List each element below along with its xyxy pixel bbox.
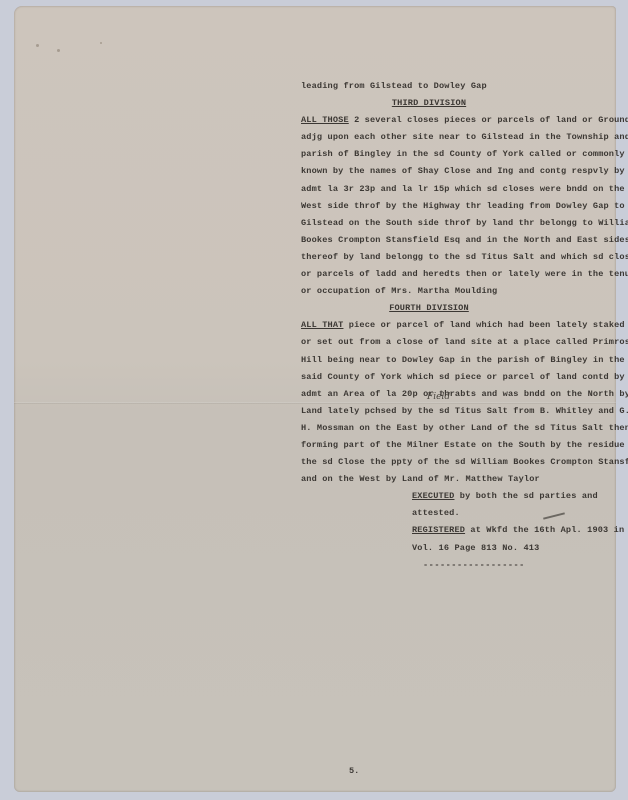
text-line: or parcels of ladd and heredts then or l… <box>301 266 621 283</box>
text-line: ALL THOSE 2 several closes pieces or par… <box>301 112 621 129</box>
paper-spot <box>100 42 102 44</box>
line-text: piece or parcel of land which had been l… <box>343 320 624 330</box>
document-body: leading from Gilstead to Dowley Gap THIR… <box>301 78 621 574</box>
handwritten-insertion: Field <box>427 392 450 402</box>
page-number: 5. <box>349 766 359 776</box>
text-line: Land lately pchsed by the sd Titus Salt … <box>301 403 621 420</box>
text-line: or set out from a close of land site at … <box>301 334 621 351</box>
text-line: Bookes Crompton Stansfield Esq and in th… <box>301 232 621 249</box>
text-line: ALL THAT piece or parcel of land which h… <box>301 317 621 334</box>
lead-words: EXECUTED <box>412 491 454 501</box>
paper-spot <box>57 49 60 52</box>
lead-words: ALL THAT <box>301 320 343 330</box>
text-line: known by the names of Shay Close and Ing… <box>301 163 621 180</box>
text-line: adjg upon each other site near to Gilste… <box>301 129 621 146</box>
text-line: Vol. 16 Page 813 No. 413 <box>301 540 621 557</box>
text-line: Gilstead on the South side throf by land… <box>301 215 621 232</box>
text-line: and on the West by Land of Mr. Matthew T… <box>301 471 621 488</box>
text-line: attested. <box>301 505 621 522</box>
lead-words: REGISTERED <box>412 525 465 535</box>
text-line: Hill being near to Dowley Gap in the par… <box>301 352 621 369</box>
text-line: the sd Close the ppty of the sd William … <box>301 454 621 471</box>
line-text: 2 several closes pieces or parcels of la… <box>349 115 628 125</box>
text-line: admt la 3r 23p and la lr 15p which sd cl… <box>301 181 621 198</box>
paper-spot <box>36 44 39 47</box>
text-line: H. Mossman on the East by other Land of … <box>301 420 621 437</box>
closing-rule: ------------------ <box>301 557 621 574</box>
text-line: EXECUTED by both the sd parties and <box>301 488 621 505</box>
text-line: forming part of the Milner Estate on the… <box>301 437 621 454</box>
section-heading-fourth-division: FOURTH DIVISION <box>301 300 557 317</box>
text-line: leading from Gilstead to Dowley Gap <box>301 78 621 95</box>
text-line: or occupation of Mrs. Martha Moulding <box>301 283 621 300</box>
text-line: West side throf by the Highway thr leadi… <box>301 198 621 215</box>
section-heading-third-division: THIRD DIVISION <box>301 95 557 112</box>
text-line: admt an Area of la 20p or thrabts and wa… <box>301 386 621 403</box>
text-line: parish of Bingley in the sd County of Yo… <box>301 146 621 163</box>
line-text: by both the sd parties and <box>454 491 597 501</box>
lead-words: ALL THOSE <box>301 115 349 125</box>
line-text: at Wkfd the 16th Apl. 1903 in <box>465 525 624 535</box>
text-line: thereof by land belongg to the sd Titus … <box>301 249 621 266</box>
text-line: said County of York which sd piece or pa… <box>301 369 621 386</box>
text-line: REGISTERED at Wkfd the 16th Apl. 1903 in <box>301 522 621 539</box>
